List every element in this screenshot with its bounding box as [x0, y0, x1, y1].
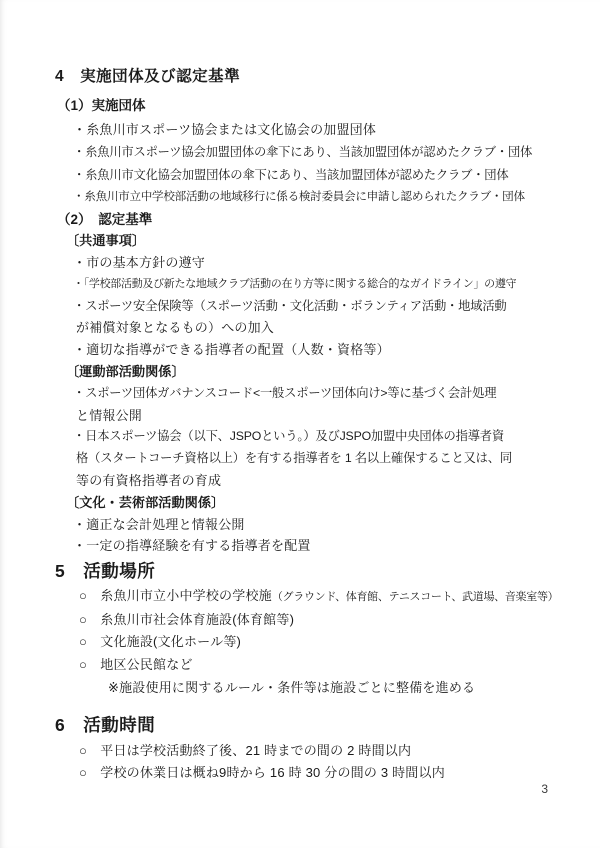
list-item-text: ○ 糸魚川市立小中学校の学校施: [79, 588, 272, 603]
continuation-line: が補償対象となるもの）への加入: [55, 317, 550, 339]
circle-list-item: ○ 糸魚川市社会体育施設(体育館等): [55, 609, 550, 632]
circle-list-item: ○ 平日は学校活動終了後、21 時までの間の 2 時間以内: [55, 740, 550, 762]
document-page: 4 実施団体及び認定基準 （1）実施団体 ・糸魚川市スポーツ協会または文化協会の…: [0, 0, 600, 848]
bullet-line: ・日本スポーツ協会（以下、JSPOという。）及びJSPO加盟中央団体の指導者資: [55, 426, 550, 448]
bullet-line: ・スポーツ団体ガバナンスコード<一般スポーツ団体向け>等に基づく会計処理: [55, 383, 550, 405]
continuation-line: と情報公開: [55, 405, 550, 427]
group-label-culture: 〔文化・芸術部活動関係〕: [55, 492, 550, 514]
circle-list-item: ○ 糸魚川市立小中学校の学校施（グラウンド、体育館、テニスコート、武道場、音楽室…: [55, 585, 550, 609]
group-label-common: 〔共通事項〕: [55, 230, 550, 252]
section-4-sub-1-heading: （1）実施団体: [55, 95, 550, 116]
section-6-heading: 6 活動時間: [55, 713, 550, 737]
bullet-line: ・一定の指導経験を有する指導者を配置: [55, 535, 550, 557]
bullet-line: ・糸魚川市スポーツ協会加盟団体の傘下にあり、当該加盟団体が認めたクラブ・団体: [55, 141, 550, 163]
bullet-line: ・糸魚川市スポーツ協会または文化協会の加盟団体: [55, 119, 550, 141]
page-number: 3: [541, 782, 548, 796]
bullet-line: ・「学校部活動及び新たな地域クラブ活動の在り方等に関する総合的なガイドライン」の…: [55, 274, 550, 296]
bullet-line: ・市の基本方針の遵守: [55, 252, 550, 274]
bullet-line: ・適正な会計処理と情報公開: [55, 514, 550, 536]
bullet-line: ・スポーツ安全保険等（スポーツ活動・文化活動・ボランティア活動・地域活動: [55, 296, 550, 318]
bullet-line: ・糸魚川市文化協会加盟団体の傘下にあり、当該加盟団体が認めたクラブ・団体: [55, 164, 550, 186]
circle-list-item: ○ 文化施設(文化ホール等): [55, 631, 550, 654]
circle-list-item: ○ 地区公民館など: [55, 654, 550, 677]
continuation-line: 等の有資格指導者の育成: [55, 470, 550, 492]
facility-note: ※施設使用に関するルール・条件等は施設ごとに整備を進める: [55, 677, 550, 699]
bullet-line: ・糸魚川市立中学校部活動の地域移行に係る検討委員会に申請し認められたクラブ・団体: [55, 186, 550, 208]
list-item-paren: （グラウンド、体育館、テニスコート、武道場、音楽室等）: [272, 591, 558, 603]
section-4-sub-2-heading: （2） 認定基準: [55, 209, 550, 230]
section-4-heading: 4 実施団体及び認定基準: [55, 66, 550, 88]
continuation-line: 格（スタートコーチ資格以上）を有する指導者を 1 名以上確保すること又は、同: [55, 448, 550, 470]
section-5-heading: 5 活動場所: [55, 559, 550, 583]
group-label-sports: 〔運動部活動関係〕: [55, 361, 550, 383]
page-content: 4 実施団体及び認定基準 （1）実施団体 ・糸魚川市スポーツ協会または文化協会の…: [0, 0, 600, 784]
circle-list-item: ○ 学校の休業日は概ね9時から 16 時 30 分の間の 3 時間以内: [55, 762, 550, 784]
bullet-line: ・適切な指導ができる指導者の配置（人数・資格等）: [55, 339, 550, 361]
